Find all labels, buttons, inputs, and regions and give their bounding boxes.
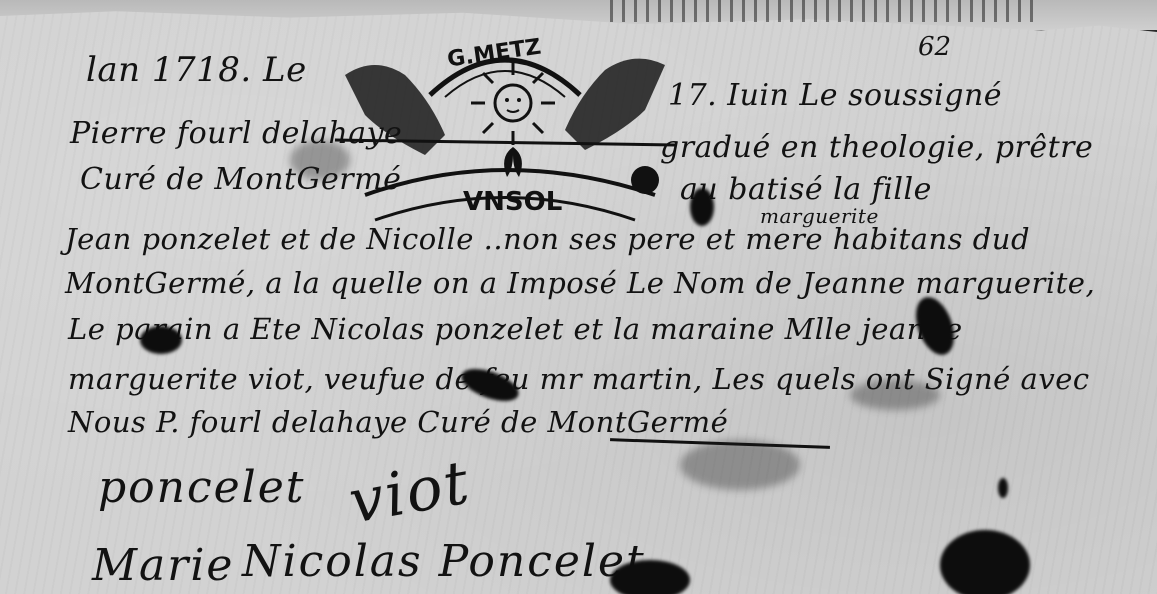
folio-number: 62 bbox=[918, 32, 951, 62]
ink-blot bbox=[690, 188, 714, 226]
ink-blot bbox=[610, 560, 690, 594]
ink-smudge bbox=[850, 380, 940, 410]
manuscript-page: 62 G.METZ VNSOL lan 1718. Le 1 bbox=[0, 0, 1157, 594]
record-line-date-year: lan 1718. Le bbox=[86, 50, 307, 90]
record-line-closing: Nous P. fourl delahaye Curé de MontGermé bbox=[68, 405, 728, 439]
record-line-parish: Curé de MontGermé bbox=[80, 162, 401, 197]
record-line-parents: Jean ponzelet et de Nicolle ..non ses pe… bbox=[65, 222, 1030, 256]
ink-smudge bbox=[290, 140, 350, 180]
signature-nicolas-poncelet: Nicolas Poncelet bbox=[242, 536, 646, 587]
record-line-priest-name: Pierre fourl delahaye bbox=[70, 116, 402, 151]
ink-blot bbox=[998, 478, 1008, 498]
record-line-given-name: MontGermé, a la quelle on a Imposé Le No… bbox=[65, 266, 1095, 300]
signature-poncelet: poncelet bbox=[98, 462, 305, 513]
bleed-through-ink bbox=[610, 0, 1040, 22]
signature-marie: Marie bbox=[92, 540, 234, 591]
stamp-bottom-text: VNSOL bbox=[463, 187, 562, 217]
record-line-godparents: Le parain a Ete Nicolas ponzelet et la m… bbox=[68, 312, 963, 346]
record-line-baptized: au batisé la fille bbox=[680, 172, 932, 207]
signature-viot: viot bbox=[344, 447, 476, 537]
ink-blot bbox=[140, 326, 182, 354]
record-line-priest-title: gradué en theologie, prêtre bbox=[660, 130, 1093, 165]
record-line-date-day: 17. Iuin Le soussigné bbox=[668, 78, 1002, 113]
ink-blot bbox=[940, 530, 1030, 594]
ink-smudge bbox=[680, 440, 800, 490]
